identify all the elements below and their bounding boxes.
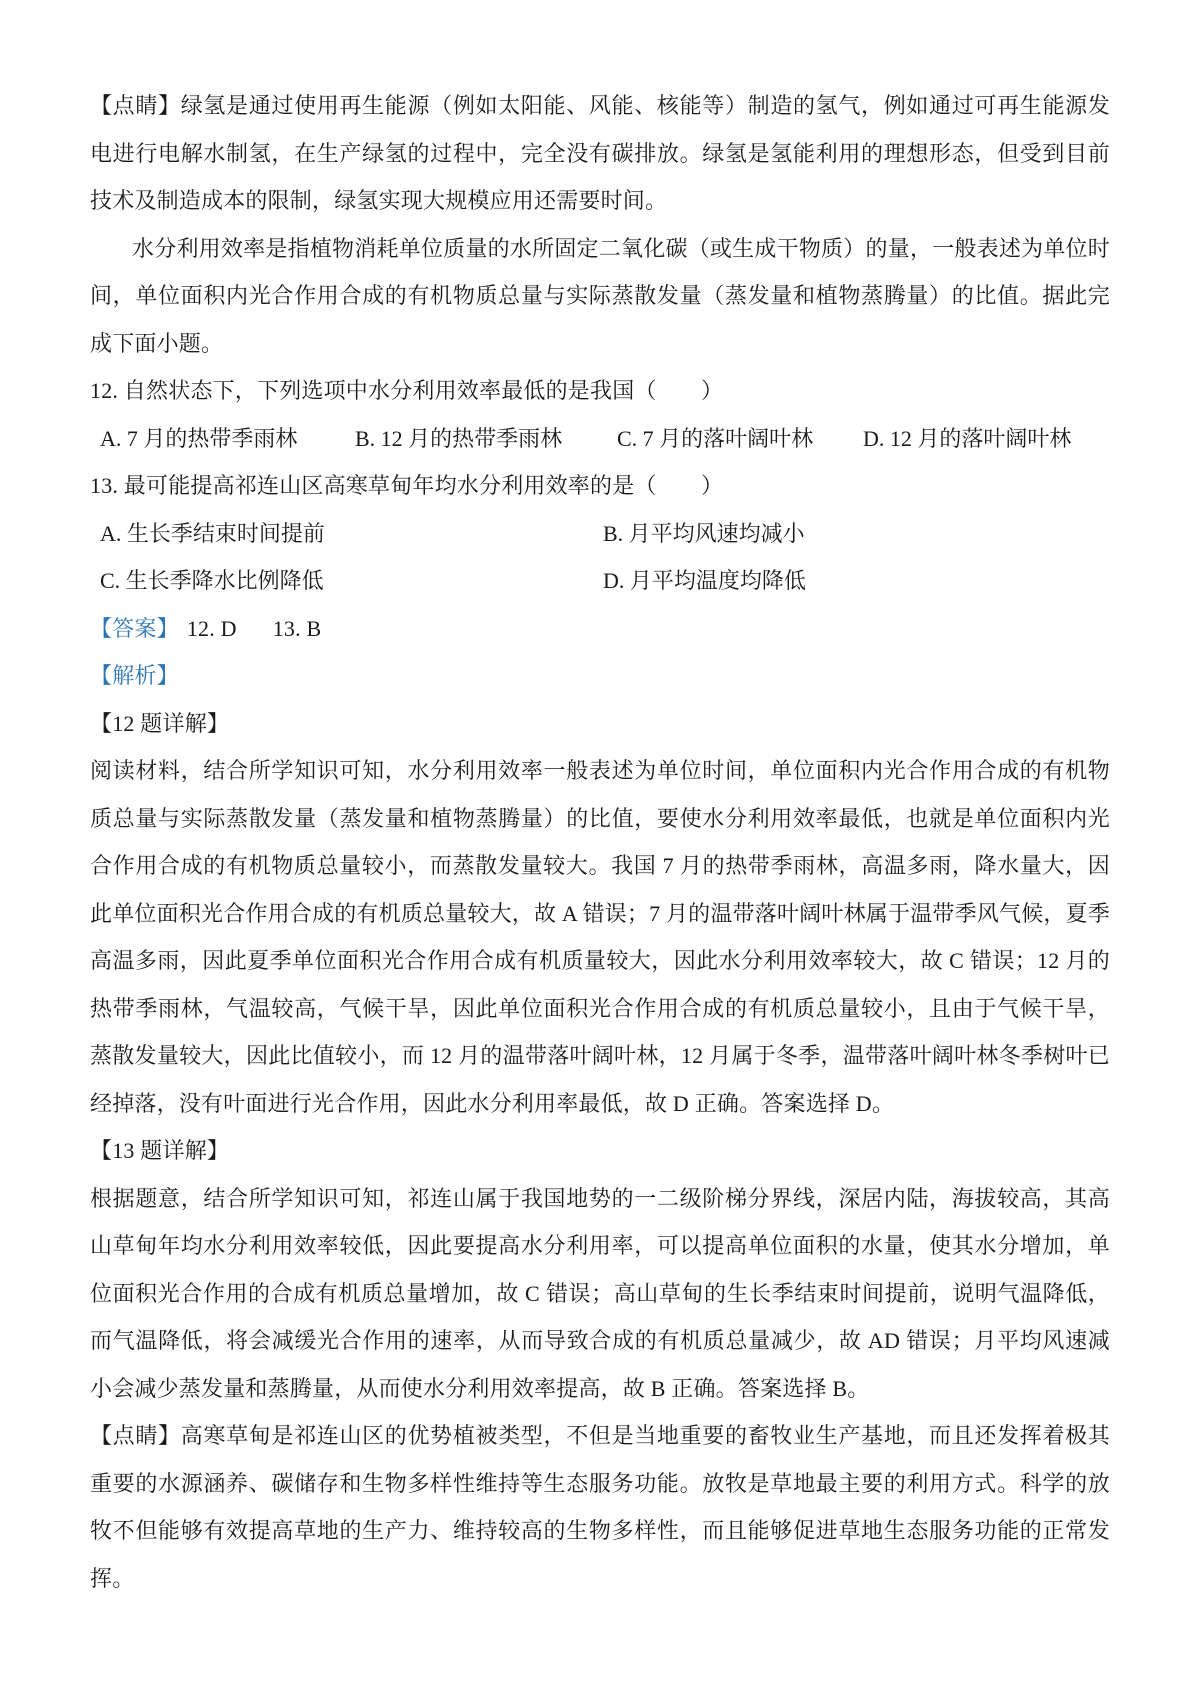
tips-top-paragraph: 【点睛】绿氢是通过使用再生能源（例如太阳能、风能、核能等）制造的氢气，例如通过可… [90,82,1110,225]
question-13-option-c: C. 生长季降水比例降低 [100,557,603,605]
question-13-options: A. 生长季结束时间提前 B. 月平均风速均减小 C. 生长季降水比例降低 D.… [90,510,1110,605]
question-13-stem: 13. 最可能提高祁连山区高寒草甸年均水分利用效率的是（ ） [90,462,1110,510]
answer-item-12: 12. D [187,605,237,653]
tips-bottom-paragraph: 【点睛】高寒草甸是祁连山区的优势植被类型，不但是当地重要的畜牧业生产基地，而且还… [90,1412,1110,1602]
question-12-option-d: D. 12 月的落叶阔叶林 [863,415,1110,463]
document-page: 【点睛】绿氢是通过使用再生能源（例如太阳能、风能、核能等）制造的氢气，例如通过可… [0,0,1200,1698]
answer-line: 【答案】 12. D 13. B [90,605,1110,653]
analysis-label: 【解析】 [90,663,179,688]
passage-paragraph: 水分利用效率是指植物消耗单位质量的水所固定二氧化碳（或生成干物质）的量，一般表述… [90,225,1110,368]
answer-item-13: 13. B [273,605,322,653]
question-12-option-b: B. 12 月的热带季雨林 [355,415,617,463]
question-13-option-a: A. 生长季结束时间提前 [100,510,603,558]
question-12-option-a: A. 7 月的热带季雨林 [100,415,355,463]
question-13-option-b: B. 月平均风速均减小 [603,510,1110,558]
question-12-stem: 12. 自然状态下，下列选项中水分利用效率最低的是我国（ ） [90,367,1110,415]
detail-13-body: 根据题意，结合所学知识可知，祁连山属于我国地势的一二级阶梯分界线，深居内陆，海拔… [90,1175,1110,1413]
detail-12-body: 阅读材料，结合所学知识可知，水分利用效率一般表述为单位时间，单位面积内光合作用合… [90,747,1110,1127]
analysis-label-line: 【解析】 [90,652,1110,700]
detail-13-heading: 【13 题详解】 [90,1127,1110,1175]
question-12-option-c: C. 7 月的落叶阔叶林 [617,415,863,463]
question-13-option-d: D. 月平均温度均降低 [603,557,1110,605]
tips-top-label: 【点睛】 [90,93,181,118]
tips-bottom-label: 【点睛】 [90,1423,181,1448]
question-12-options: A. 7 月的热带季雨林 B. 12 月的热带季雨林 C. 7 月的落叶阔叶林 … [90,415,1110,463]
answer-label: 【答案】 [90,605,179,653]
tips-bottom-text: 高寒草甸是祁连山区的优势植被类型，不但是当地重要的畜牧业生产基地，而且还发挥着极… [90,1423,1110,1591]
tips-top-text: 绿氢是通过使用再生能源（例如太阳能、风能、核能等）制造的氢气，例如通过可再生能源… [90,93,1110,213]
detail-12-heading: 【12 题详解】 [90,700,1110,748]
